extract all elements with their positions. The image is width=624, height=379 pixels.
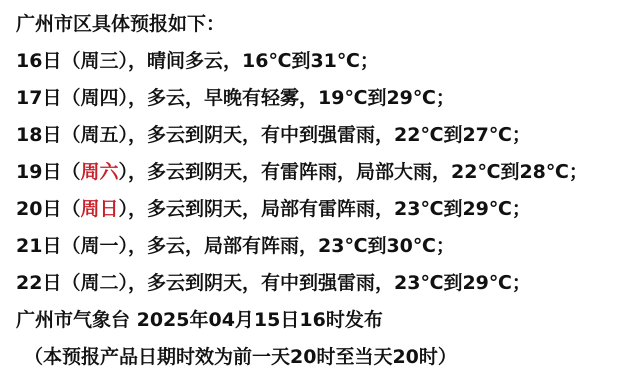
paren-close: ） bbox=[118, 198, 128, 220]
forecast-date: 21日 bbox=[16, 235, 61, 257]
forecast-details: ，多云到阴天，有中到强雷雨，22℃到27℃； bbox=[128, 124, 531, 146]
paren-close: ） bbox=[118, 124, 128, 146]
document-title: 广州市区具体预报如下： bbox=[16, 6, 624, 43]
paren-close: ） bbox=[118, 161, 128, 183]
forecast-line-17: 17日（周四），多云，早晚有轻雾，19℃到29℃； bbox=[16, 80, 624, 117]
issuer-line: 广州市气象台 2025年04月15日16时发布 bbox=[16, 302, 624, 339]
forecast-weekday: 周四 bbox=[80, 87, 118, 109]
paren-close: ） bbox=[118, 50, 128, 72]
paren-open: （ bbox=[61, 50, 80, 72]
paren-close: ） bbox=[118, 235, 128, 257]
forecast-line-21: 21日（周一），多云，局部有阵雨，23℃到30℃； bbox=[16, 228, 624, 265]
forecast-details: ，多云到阴天，有中到强雷雨，23℃到29℃； bbox=[128, 272, 531, 294]
forecast-date: 22日 bbox=[16, 272, 61, 294]
forecast-date: 17日 bbox=[16, 87, 61, 109]
forecast-date: 20日 bbox=[16, 198, 61, 220]
validity-note: （本预报产品日期时效为前一天20时至当天20时） bbox=[16, 339, 624, 376]
paren-open: （ bbox=[61, 161, 80, 183]
forecast-line-19: 19日（周六），多云到阴天，有雷阵雨，局部大雨，22℃到28℃； bbox=[16, 154, 624, 191]
forecast-weekday: 周三 bbox=[80, 50, 118, 72]
paren-open: （ bbox=[61, 87, 80, 109]
forecast-document: 广州市区具体预报如下： 16日（周三），晴间多云，16℃到31℃； 17日（周四… bbox=[16, 6, 624, 376]
paren-open: （ bbox=[61, 198, 80, 220]
forecast-weekday: 周二 bbox=[80, 272, 118, 294]
forecast-details: ，多云，早晚有轻雾，19℃到29℃； bbox=[128, 87, 455, 109]
forecast-weekday: 周五 bbox=[80, 124, 118, 146]
forecast-weekday-weekend: 周日 bbox=[80, 198, 118, 220]
forecast-details: ，多云，局部有阵雨，23℃到30℃； bbox=[128, 235, 455, 257]
forecast-weekday: 周一 bbox=[80, 235, 118, 257]
forecast-details: ，多云到阴天，有雷阵雨，局部大雨，22℃到28℃； bbox=[128, 161, 588, 183]
paren-open: （ bbox=[61, 124, 80, 146]
paren-close: ） bbox=[118, 272, 128, 294]
paren-close: ） bbox=[118, 87, 128, 109]
forecast-line-18: 18日（周五），多云到阴天，有中到强雷雨，22℃到27℃； bbox=[16, 117, 624, 154]
forecast-line-20: 20日（周日），多云到阴天，局部有雷阵雨，23℃到29℃； bbox=[16, 191, 624, 228]
forecast-line-16: 16日（周三），晴间多云，16℃到31℃； bbox=[16, 43, 624, 80]
forecast-details: ，多云到阴天，局部有雷阵雨，23℃到29℃； bbox=[128, 198, 531, 220]
forecast-date: 19日 bbox=[16, 161, 61, 183]
forecast-details: ，晴间多云，16℃到31℃； bbox=[128, 50, 379, 72]
forecast-line-22: 22日（周二），多云到阴天，有中到强雷雨，23℃到29℃； bbox=[16, 265, 624, 302]
forecast-date: 16日 bbox=[16, 50, 61, 72]
paren-open: （ bbox=[61, 272, 80, 294]
paren-open: （ bbox=[61, 235, 80, 257]
forecast-date: 18日 bbox=[16, 124, 61, 146]
forecast-weekday-weekend: 周六 bbox=[80, 161, 118, 183]
